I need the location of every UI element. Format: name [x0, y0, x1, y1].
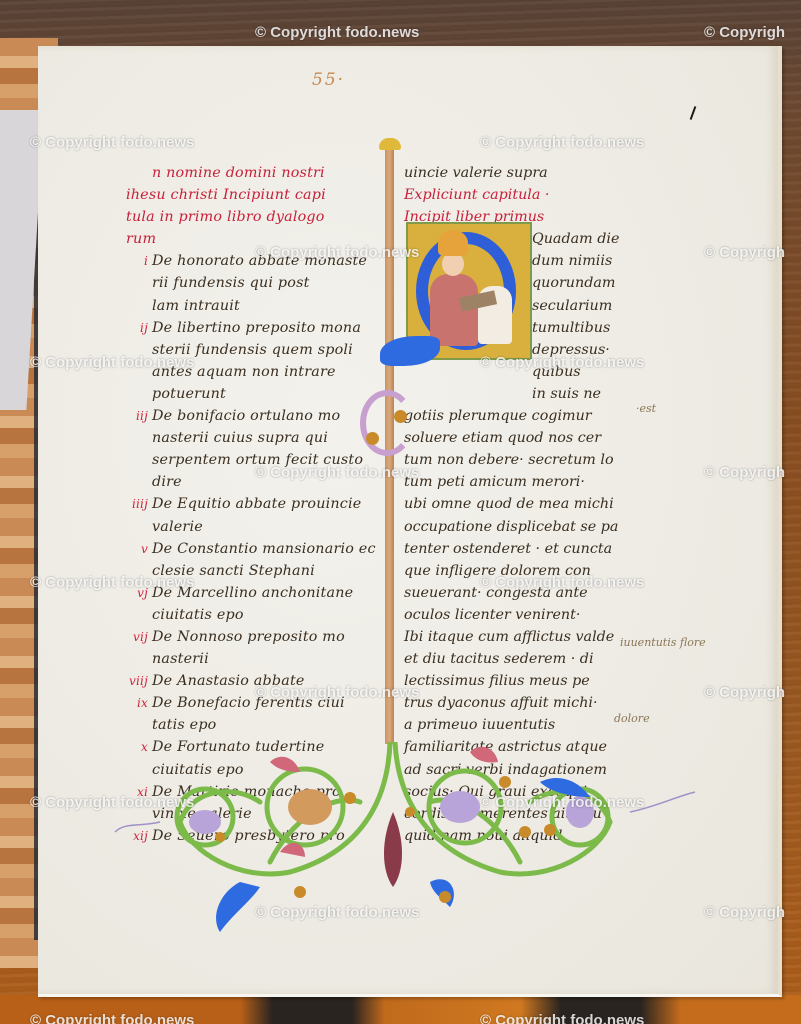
chapter-entry: iijDe bonifacio ortulano mo: [126, 405, 366, 427]
copyright-watermark: © Copyrigh: [704, 684, 785, 701]
copyright-watermark: © Copyright fodo.news: [255, 464, 419, 481]
copyright-watermark: © Copyrigh: [704, 244, 785, 261]
copyright-watermark: © Copyright fodo.news: [30, 794, 194, 811]
marginal-note: dolore: [614, 712, 650, 725]
purple-scroll-ornament: [360, 390, 414, 456]
marginal-note: ·est: [636, 402, 656, 415]
chapter-entry: vijDe Nonnoso preposito mo: [126, 626, 366, 648]
gold-stem-finial: [379, 138, 401, 150]
chapter-entry: vDe Constantio mansionario ec: [126, 538, 366, 560]
copyright-watermark: © Copyright fodo.news: [255, 904, 419, 921]
copyright-watermark: © Copyrigh: [704, 464, 785, 481]
copyright-watermark: © Copyrigh: [704, 24, 785, 41]
copyright-watermark: © Copyright fodo.news: [480, 574, 644, 591]
copyright-watermark: © Copyright fodo.news: [255, 24, 419, 41]
rubric-line: n nomine domini nostri: [126, 162, 366, 184]
chapter-numeral: ij: [126, 317, 148, 339]
rubric-line: tula in primo libro dyalogo: [126, 206, 366, 228]
gold-bezant: [366, 432, 379, 445]
marginal-note: iuuentutis flore: [620, 636, 706, 649]
copyright-watermark: © Copyright fodo.news: [480, 1012, 644, 1024]
copyright-watermark: © Copyright fodo.news: [255, 244, 419, 261]
folio-number: 55·: [312, 70, 345, 90]
copyright-watermark: © Copyrigh: [704, 904, 785, 921]
copyright-watermark: © Copyright fodo.news: [480, 134, 644, 151]
papal-tiara-icon: [438, 230, 468, 256]
chapter-entry: ijDe libertino preposito mona: [126, 317, 366, 339]
copyright-watermark: © Copyright fodo.news: [480, 354, 644, 371]
chapter-numeral: iij: [126, 405, 148, 427]
copyright-watermark: © Copyright fodo.news: [30, 134, 194, 151]
chapter-numeral: ix: [126, 692, 148, 714]
copyright-watermark: © Copyright fodo.news: [30, 1012, 194, 1024]
copyright-watermark: © Copyright fodo.news: [30, 574, 194, 591]
rubric-line: ihesu christi Incipiunt capi: [126, 184, 366, 206]
gold-bezant: [394, 410, 407, 423]
chapter-numeral: viij: [126, 670, 148, 692]
chapter-entry: iiijDe Equitio abbate prouincie: [126, 493, 366, 515]
chapter-numeral: iiij: [126, 493, 148, 515]
copyright-watermark: © Copyright fodo.news: [30, 354, 194, 371]
chapter-numeral: v: [126, 538, 148, 560]
chapter-numeral: vij: [126, 626, 148, 648]
explicit-rubric: Expliciunt capitula ·: [404, 184, 634, 206]
chapter-numeral: i: [126, 250, 148, 272]
copyright-watermark: © Copyright fodo.news: [255, 684, 419, 701]
copyright-watermark: © Copyright fodo.news: [480, 794, 644, 811]
pope-figure: [430, 274, 478, 346]
